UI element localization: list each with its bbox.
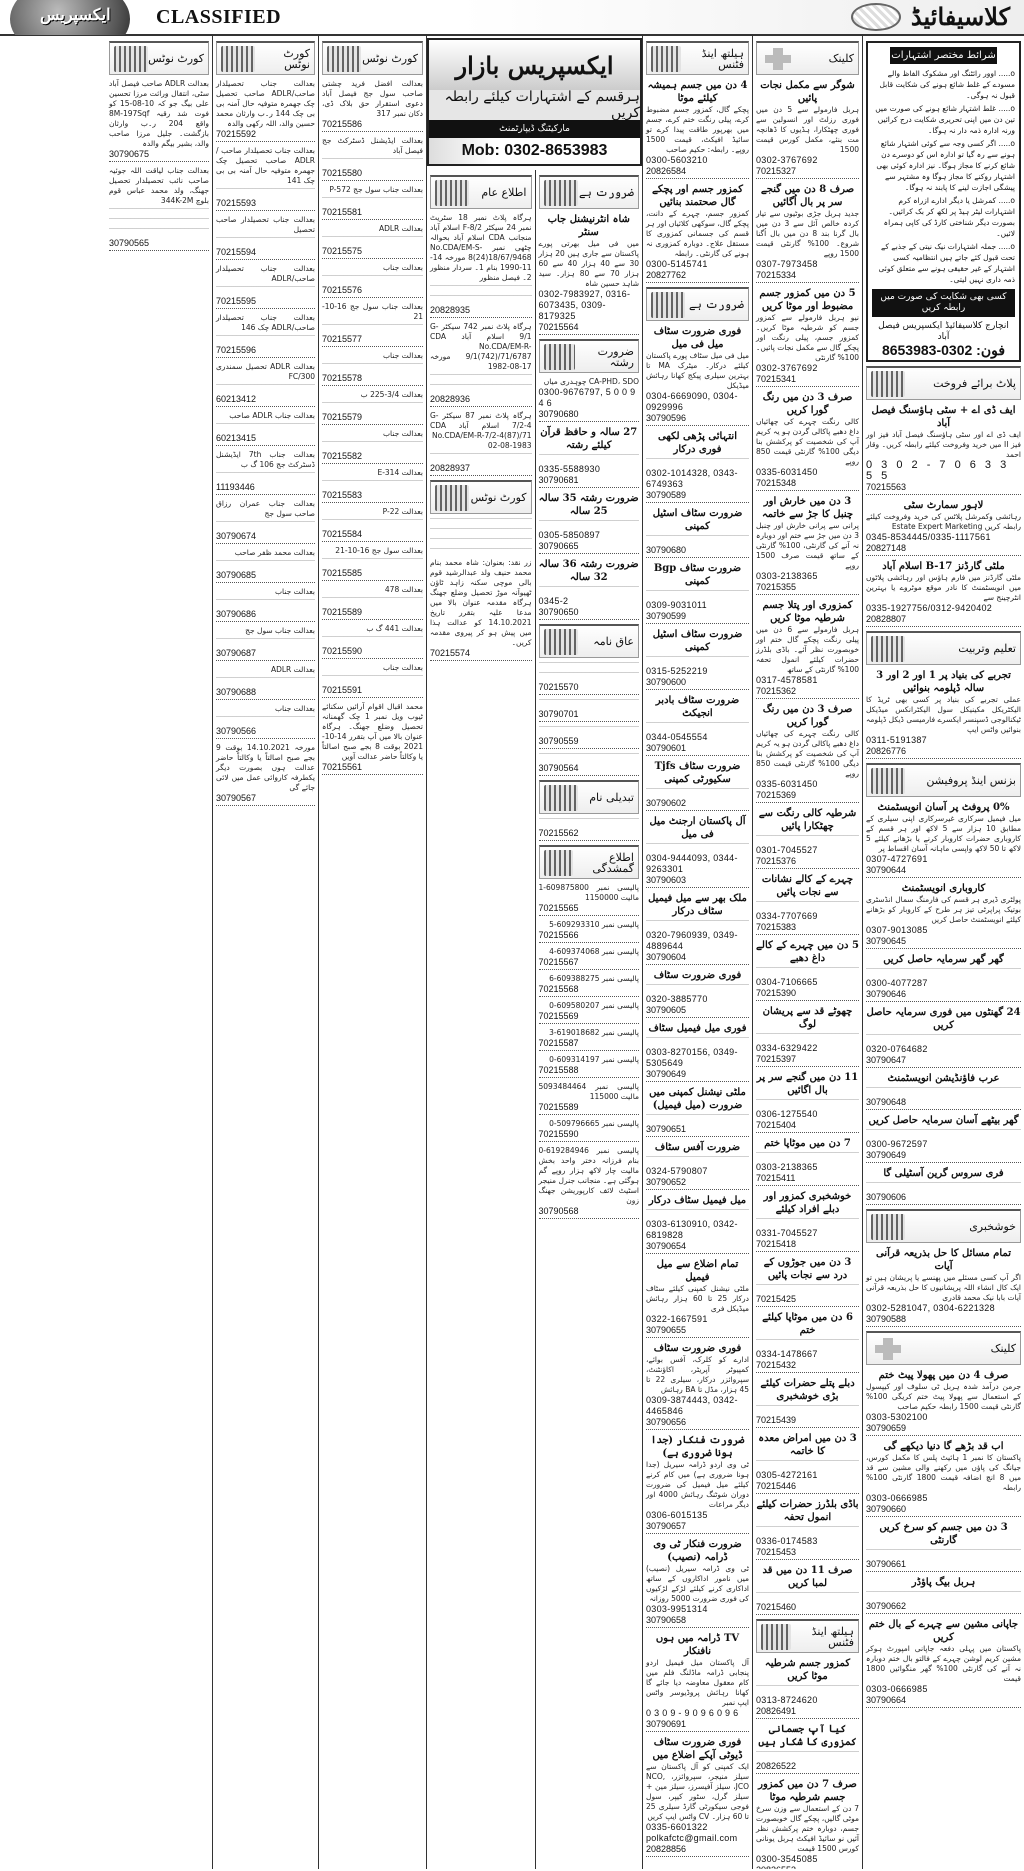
ad-ref-number: 70215565	[539, 903, 640, 916]
masthead: ایکسپریس CLASSIFIED کلاسیفائیڈ	[0, 0, 1024, 36]
section-title: کورٹ نوٹس	[255, 48, 310, 70]
ad-ref-number: 30790588	[866, 1314, 1021, 1327]
ad-body: ملٹی نیشنل کمپنی کیلئے سٹاف درکار 25 تا …	[646, 1284, 749, 1314]
section-title: اطلاع عام	[481, 187, 526, 198]
ad-headline: شوگر سے مکمل نجات پائیں	[756, 79, 859, 105]
ad-ref-number: 70215432	[756, 1360, 859, 1373]
ad-headline: 24 گھنٹوں میں فوری سرمایہ حاصل کریں	[866, 1006, 1021, 1032]
ad-phone: 0345-2	[539, 596, 640, 607]
ad-ref-number: 20826491	[756, 1706, 859, 1719]
ad-headline: فوری ضرورت سٹاف	[646, 969, 749, 982]
ad-ref-number: 30790589	[646, 490, 749, 503]
ad-ref-number: 70215589	[322, 607, 423, 620]
ad-phone: 0335-6031450	[756, 467, 859, 478]
ad-body: بعدالت ADLR	[216, 665, 315, 675]
ad-headline: لاہور سمارٹ سٹی	[866, 499, 1021, 512]
logo-text: ایکسپریس	[40, 5, 111, 24]
ad-ref-number: 30790681	[539, 475, 640, 488]
ad-ref-number: 30790652	[646, 1177, 749, 1190]
ad-body: بعدالت E-314	[322, 468, 423, 478]
ad-headline: فوری ضرورت سٹاف	[646, 1342, 749, 1355]
ad-body: ٹی وی ڈرامہ سیریل (نصیب) میں نامور اداکا…	[646, 1564, 749, 1604]
ad-ref-number: 30790559	[539, 736, 640, 749]
ad-body: بعدالت جناب تحصیلدار صاحب تحصیل	[216, 215, 315, 235]
ad-ref-number: 70215580	[322, 168, 423, 181]
ad-headline: ضرورت سٹاف بادبر انجیکٹ	[646, 694, 749, 720]
ad-ref-number: 30790646	[866, 989, 1021, 1002]
section-title: کلینک	[829, 53, 854, 64]
ad-phone: 0302-5281047, 0304-6221328	[866, 1303, 1021, 1314]
ad-headline: چہرے کے کالے نشانات سے نجات پائیں	[756, 873, 859, 899]
ad-ref-number: 70215594	[216, 247, 315, 260]
section-title: کورٹ نوٹس	[362, 53, 418, 64]
ad-headline: کمزور جسم اور پچکے گال صحتمند بنائیں	[646, 183, 749, 209]
ad-body: بعدالت ADLR	[322, 224, 423, 234]
section-header-wanted: ضرورت ہے	[646, 287, 749, 321]
ad-body: پاکستان میں پہلی دفعہ جاپانی امپورٹ ہوکر…	[866, 1644, 1021, 1684]
ad-body: بعدالت جناب تحصیلدار صاحب/ADLR چک 146	[216, 313, 315, 333]
ad-phone: 0302-7983927, 0316-6073435, 0309-8179325	[539, 289, 640, 322]
ad-ref-number: 70215446	[756, 1481, 859, 1494]
ad-ref-number: 30790604	[646, 952, 749, 965]
ad-body: میں فی میل بھرتی پورے پاکستان سے جاری ہی…	[539, 239, 640, 289]
ad-body: بعدالت 3/4-225 ب	[322, 390, 423, 400]
ad-headline: کمزور جسم شرطیہ موٹا کریں	[756, 1657, 859, 1683]
ad-headline: فری سروس گرین آسٹیلی گا	[866, 1167, 1021, 1180]
complaint-contact-bar: کسی بھی شکایت کی صورت میں رابطہ کریں	[872, 289, 1015, 317]
ad-phone: 0307-7973458	[756, 259, 859, 270]
ad-phone: 0331-7045527	[756, 1228, 859, 1239]
ad-body: بعدالت جناب عمران رزاق صاحب سول جج	[216, 499, 315, 519]
ad-ref-number: 30790648	[866, 1097, 1021, 1110]
ad-ref-number: 70215587	[539, 1038, 640, 1051]
ad-body: بعدالت جناب	[322, 263, 423, 273]
rule-item: o..... اگر کسی وجہ سے کوئی اشتہار شائع ہ…	[872, 138, 1015, 193]
section-header-court-notice: کورٹ نوٹس	[216, 41, 315, 75]
ad-ref-number: 70215411	[756, 1173, 859, 1186]
ad-headline: 5 دن میں چہرے کے کالے داغ دھبے	[756, 939, 859, 965]
ad-ref-number: 70215584	[322, 529, 423, 542]
classified-ad: صرف 4 دن میں پھولا پیٹ ختم جرمن درآمد شد…	[866, 1369, 1021, 1436]
ad-phone: 0335-6031450	[756, 779, 859, 790]
ad-ref-number: 30790649	[646, 1069, 749, 1082]
fitness-people-icon	[761, 1624, 791, 1650]
section-title: اطلاع گمشدگی	[573, 852, 634, 874]
classified-ad: عرب فاؤنڈیشن انویسٹمنٹ 30790648	[866, 1072, 1021, 1110]
ad-ref-number: 70215355	[756, 582, 859, 595]
ad-ref-number: 70215570	[539, 682, 640, 695]
rule-item: o..... کمرشل یا دیگر ادارے ازراہ کرم اشت…	[872, 195, 1015, 239]
incharge-label: انچارج کلاسیفائیڈ ایکسپریس فیصل آباد	[872, 321, 1015, 343]
ad-ref-number: 30790656	[646, 1417, 749, 1430]
ad-phone: 0324-5790807	[646, 1166, 749, 1177]
ad-body: نیو ہربل فارمولے سے کمزور جسم کو شرطیہ م…	[756, 313, 859, 363]
ad-body: ہرگاہ پلاٹ نمبر 742 سیکٹر G-9/1 اسلام آب…	[430, 322, 532, 372]
ad-phone: 0309-3874443, 0342-4465846	[646, 1395, 749, 1417]
ad-body: ہرگاہ پلاٹ نمبر 87 سیکٹر G-7/2-4 اسلام آ…	[430, 411, 532, 451]
ad-ref-number: 70215596	[216, 345, 315, 358]
ad-body: کالی رنگت چہرے کی چھائیاں داغ دھبے پاکال…	[756, 729, 859, 779]
ad-ref-number: 60213415	[216, 433, 315, 446]
section-header-court-notice: کورٹ نوٹس	[430, 480, 532, 514]
ad-phone: 0305-5850897	[539, 530, 640, 541]
section-title: کورٹ نوٹس	[148, 53, 204, 64]
ad-ref-number: 30790665	[539, 541, 640, 554]
ad-body: آل پاکستان میل فیمیل اردو پنجابی ڈرامہ م…	[646, 1658, 749, 1708]
ad-body: بعدالت جناب سول جج	[216, 626, 315, 636]
ad-ref-number: 30790649	[866, 1150, 1021, 1163]
ad-headline: ملٹی گارڈنز B-17 اسلام آباد	[866, 560, 1021, 573]
ad-ref-number: 70215425	[756, 1294, 859, 1307]
classified-ad: ایف ڈی اے + سٹی ہاؤسنگ فیصل آباد ایف ڈی …	[866, 404, 1021, 495]
ad-phone: 0300-3545085	[756, 1854, 859, 1865]
section-header-clinic: کلینک	[756, 41, 859, 75]
ad-ref-number: 30790660	[866, 1504, 1021, 1517]
ad-headline: کاروباری انویسٹمنٹ	[866, 882, 1021, 895]
ad-ref-number: 20828856	[646, 1844, 749, 1857]
ad-ref-number: 30790599	[646, 611, 749, 624]
ad-ref-number: 20826553	[756, 1865, 859, 1869]
ad-body: پالیسی نمبر 609388275-6	[539, 974, 640, 984]
column-court-notice-1: کورٹ نوٹس بعدالت ADLR صاحب فیصل آباد سٹی…	[106, 36, 212, 1869]
ad-body: CA-PHD، SDO چوہدری میاں	[539, 377, 640, 387]
ad-body: پولٹری ڈیری ہر قسم کی فارمنگ سمال انڈسٹر…	[866, 895, 1021, 925]
ad-phone: 0335-5588930	[539, 464, 640, 475]
ad-ref-number: 11193446	[216, 482, 315, 495]
section-title: تبدیلی نام	[589, 792, 634, 803]
ad-ref-number: 70215404	[756, 1120, 859, 1133]
ad-ref-number: 70215566	[539, 930, 640, 943]
ad-ref-number: 60213412	[216, 394, 315, 407]
ad-ref-number: 30790675	[109, 149, 209, 162]
ad-phone: 0305-4272161	[756, 1470, 859, 1481]
section-title: بزنس اینڈ پروفیشن	[926, 775, 1016, 786]
ad-ref-number: 30790659	[866, 1423, 1021, 1436]
ad-headline: کیا آپ جسمانی کمزوری کا شکار ہیں	[756, 1723, 859, 1749]
ad-phone: 0344-0545554	[646, 732, 749, 743]
ad-phone: 0320-7960939, 0349-4889644	[646, 930, 749, 952]
classified-ad: 3 دن میں جسم کو سرخ کریں گارنٹی 30790661	[866, 1521, 1021, 1572]
ad-phone: 0303-8270156, 0349-5305649	[646, 1047, 749, 1069]
ad-headline: 3 دن میں جسم کو سرخ کریں گارنٹی	[866, 1521, 1021, 1547]
ad-headline: ضرورت فنکار ٹی وی ڈرامہ (نصیب)	[646, 1538, 749, 1564]
ad-body: پالیسی نمبر 609293310-5	[539, 920, 640, 930]
broken-chain-icon	[544, 629, 578, 655]
rules-list: o..... اوور رائٹنگ اور مشکوک الفاظ والے …	[872, 68, 1015, 285]
section-title: ضرورت ہے	[579, 187, 634, 198]
wanted-signpost-icon	[651, 292, 685, 318]
ad-headline: صرف 4 دن میں پھولا پیٹ ختم	[866, 1369, 1021, 1382]
ad-ref-number: 30790661	[866, 1559, 1021, 1572]
ad-body: بعدالت جناب سول جج P-572	[322, 185, 423, 195]
ad-headline: ضرورت فنکار (جدا ہونا ضروری ہے)	[646, 1434, 749, 1460]
ad-headline: چھوٹے قد سے پریشان لوگ	[756, 1005, 859, 1031]
ad-ref-number: 70215590	[322, 646, 423, 659]
section-header-general-notice: اطلاع عام	[430, 175, 532, 209]
ad-ref-number: 30790645	[866, 936, 1021, 949]
section-title: خوشخبری	[969, 1221, 1016, 1232]
ad-ref-number: 70215581	[322, 207, 423, 220]
ad-body: پالیسی نمبر 609875800-1 مالیت 1150000	[539, 883, 640, 903]
wanted-signpost-icon	[544, 180, 578, 206]
column-health-wanted: ہیلتھ اینڈ فٹنس 4 دن میں جسم ہمیشہ کیلئے…	[642, 36, 752, 1869]
ad-headline: تجربے کی بنیاد پر 1 اور 2 اور 3 سالہ ڈپل…	[866, 669, 1021, 695]
bazaar-department: مارکیٹنگ ڈیپارٹمنٹ	[429, 120, 640, 138]
ad-ref-number: 70215591	[322, 685, 423, 698]
ad-phone: 0300-5145741	[646, 259, 749, 270]
ad-ref-number: 70215568	[539, 984, 640, 997]
ad-ref-number: 70215562	[539, 828, 640, 841]
ad-ref-number: 70215574	[430, 648, 532, 661]
ad-headline: گھر بیٹھے آسان سرمایہ حاصل کریں	[866, 1114, 1021, 1127]
ad-body: پاکستان کا نمبر 1 ہائیٹ پلس کا مکمل کورس…	[866, 1453, 1021, 1493]
ad-phone: 0322-1667591	[646, 1314, 749, 1325]
ad-phone: 0309-9031011	[646, 600, 749, 611]
ad-headline: تمام مسائل کا حل بذریعہ قرآنی آیات	[866, 1247, 1021, 1273]
ad-body: بعدالت جناب لیاقت اللہ جوئیہ صاحب نائب ت…	[109, 166, 209, 206]
ad-phone: 0302-1014328, 0343-6749363	[646, 468, 749, 490]
ad-body: بعدالت سول جج 16-10-21	[322, 546, 423, 556]
section-title: ضرورت رشتہ	[575, 346, 634, 368]
ad-ref-number: 70215588	[539, 1065, 640, 1078]
ad-headline: 6 دن میں موٹاپا کیلئے ختم	[756, 1311, 859, 1337]
ad-headline: ضرورت رشتہ 35 سالہ 25 سالہ	[539, 492, 640, 518]
ad-headline: ضرورت آفس سٹاف	[646, 1141, 749, 1154]
section-header-court-notice: کورٹ نوٹس	[322, 41, 423, 75]
ad-body: پرانی سے پرانی خارش اور چنبل 3 دن میں جڑ…	[756, 521, 859, 571]
ad-phone: 0320-3885770	[646, 994, 749, 1005]
section-header-health-fitness: ہیلتھ اینڈ فٹنس	[756, 1619, 859, 1653]
ad-ref-number: 70215589	[539, 1102, 640, 1115]
ad-ref-number: 70215390	[756, 988, 859, 1001]
ad-phone: 0304-7106665	[756, 977, 859, 988]
ad-headline: خوشخبری کمزور اور دبلے افراد کیلئے	[756, 1190, 859, 1216]
speaking-head-icon	[435, 180, 469, 206]
ad-body: بعدالت جناب	[216, 587, 315, 597]
ad-headline: اب قد بڑھے گا دنیا دیکھے گی	[866, 1440, 1021, 1453]
ad-ref-number: 20827762	[646, 270, 749, 283]
ad-body: رہائشی وکمرشل پلاٹس کی خرید وفروخت کیلئے…	[866, 512, 1021, 532]
ad-ref-number: 30790658	[646, 1615, 749, 1628]
ad-ref-number: 70215569	[539, 1011, 640, 1024]
ad-ref-number: 70215341	[756, 374, 859, 387]
center-subcolumns: ضرورت ہے شاہ انٹرنیشنل جاب سنٹرمیں فی می…	[427, 170, 642, 1869]
ad-headline: 5 دن میں کمزور جسم مضبوط اور موٹا کریں	[756, 287, 859, 313]
ad-headline: ملک بھر سے میل فیمیل سٹاف درکار	[646, 892, 749, 918]
classified-ad: تمام مسائل کا حل بذریعہ قرآنی آیات اگر آ…	[866, 1247, 1021, 1327]
ad-ref-number: 30790654	[646, 1241, 749, 1254]
ad-phone: 0300-4077287	[866, 978, 1021, 989]
ad-ref-number: 70215585	[322, 568, 423, 581]
section-header-good-news: خوشخبری	[866, 1209, 1021, 1243]
ad-headline: ضرورت رشتہ 36 سالہ 32 سالہ	[539, 558, 640, 584]
classified-ad: تجربے کی بنیاد پر 1 اور 2 اور 3 سالہ ڈپل…	[866, 669, 1021, 759]
ad-body: ایف ڈی اے اور سٹی ہاؤسنگ فیصل آباد فیز ا…	[866, 430, 1021, 460]
classified-ad: لاہور سمارٹ سٹی رہائشی وکمرشل پلاٹس کی خ…	[866, 499, 1021, 556]
ad-phone: 0300-9672597	[866, 1139, 1021, 1150]
ad-body: بعدالت P-22	[322, 507, 423, 517]
ad-ref-number: 30790688	[216, 687, 315, 700]
column-rules-plots: شرائط مختصر اشتہارات o..... اوور رائٹنگ …	[862, 36, 1024, 1869]
ad-headline: ہربل بیگ پاؤڈر	[866, 1576, 1021, 1589]
ad-ref-number: 20828935	[430, 305, 532, 318]
section-header-aaq-nama: عاق نامہ	[539, 624, 640, 658]
ad-body: بعدالت افضل فرید چشتی صاحب سول جج فیصل آ…	[322, 79, 423, 119]
ad-headline: ایف ڈی اے + سٹی ہاؤسنگ فیصل آباد	[866, 404, 1021, 430]
ad-phone: 0 3 0 9 - 9 0 9 6 0 9 6	[646, 1708, 749, 1719]
ad-phone: 0303-2138365	[756, 571, 859, 582]
ad-phone: 0335-1927756/0312-9420402	[866, 603, 1021, 614]
ad-headline: کمزوری اور پتلا جسم شرطیہ موٹا کریں	[756, 599, 859, 625]
ad-body: ملٹی گارڈنز میں فارم ہاؤس اور رہائشی پلا…	[866, 573, 1021, 603]
ad-headline: جاپانی مشین سے چہرے کے بال ختم کریں	[866, 1618, 1021, 1644]
ad-body: بعدالت ایڈیشنل ڈسٹرکٹ جج فیصل آباد	[322, 136, 423, 156]
column-court-notice-3: کورٹ نوٹس بعدالت افضل فرید چشتی صاحب سول…	[318, 36, 426, 1869]
ad-phone: 0307-4727691	[866, 854, 1021, 865]
megaphone-icon	[544, 850, 574, 876]
ad-headline: ملٹی نیشنل کمپنی میں ضرورت (میل فیمیل)	[646, 1086, 749, 1112]
ad-headline: ضرورت سٹاف Bgp کمپنی	[646, 562, 749, 588]
ad-body: بعدالت جناب تحصیلدار صاحب/ADLR	[216, 264, 315, 284]
ad-ref-number: 20828936	[430, 394, 532, 407]
classified-ad: جاپانی مشین سے چہرے کے بال ختم کریں پاکس…	[866, 1618, 1021, 1708]
ad-ref-number: 70215561	[322, 762, 423, 775]
ad-ref-number: 30790687	[216, 648, 315, 661]
ad-headline: صرف 3 دن میں رنگ گورا کریں	[756, 703, 859, 729]
rules-title: شرائط مختصر اشتہارات	[890, 47, 997, 64]
ad-ref-number: 70215595	[216, 296, 315, 309]
ad-headline: فوری میل فیمیل سٹاف	[646, 1022, 749, 1035]
ad-body: پچکے گال، کمزور جسم مضبوط کرے، پیلی رنگت…	[646, 105, 749, 155]
ad-ref-number: 30790655	[646, 1325, 749, 1338]
ad-phone: 0304-9444093, 0344-9263301	[646, 853, 749, 875]
ad-ref-number: 70215397	[756, 1054, 859, 1067]
section-header-plots: پلاٹ برائے فروخت	[866, 366, 1021, 400]
ad-ref-number: 30790662	[866, 1601, 1021, 1614]
ad-ref-number: 30790564	[539, 763, 640, 776]
ad-body: اگر آپ کسی مسئلے میں پھنسے یا پریشان ہیں…	[866, 1273, 1021, 1303]
section-title: کورٹ نوٹس	[471, 492, 527, 503]
ad-ref-number: 70215369	[756, 790, 859, 803]
classified-columns: شرائط مختصر اشتہارات o..... اوور رائٹنگ …	[0, 36, 1024, 1869]
ad-headline: باڈی بلڈرز حضرات کیلئے انمول تحفہ	[756, 1498, 859, 1524]
ad-body: بعدالت 441 گ ب	[322, 624, 423, 634]
ad-phone: 0302-3767692	[756, 363, 859, 374]
column-court-notice-2: کورٹ نوٹس بعدالت جناب تحصیلدار صاحب/ADLR…	[212, 36, 318, 1869]
ad-body: محمد اقبال اقوام آرائیں سکنائے ٹیوب ویل …	[322, 702, 423, 762]
classified-ad: کاروباری انویسٹمنٹ پولٹری ڈیری ہر قسم کی…	[866, 882, 1021, 949]
ad-body: بعدالت جناب تحصیلدار صاحب / ADLR صاحب تح…	[216, 146, 315, 186]
title-english: CLASSIFIED	[156, 6, 281, 29]
ad-headline: 11 دن میں گنجے سر پر بال اگائیں	[756, 1071, 859, 1097]
ad-email: polkafctc@gmail.com	[646, 1833, 749, 1844]
ad-headline: 3 دن میں امراض معدہ کا خاتمہ	[756, 1432, 859, 1458]
ad-headline: صرف 3 دن میں رنگ گورا کریں	[756, 391, 859, 417]
pen-icon	[544, 785, 578, 811]
ad-ref-number: 30790600	[646, 677, 749, 690]
ad-ref-number: 30790686	[216, 609, 315, 622]
ad-ref-number: 30790685	[216, 570, 315, 583]
ad-phone: 0 3 0 2 - 7 0 6 3 3 5 5	[866, 460, 1021, 482]
section-header-clinic: کلینک	[866, 1331, 1021, 1365]
ad-ref-number: 70215582	[322, 451, 423, 464]
ad-headline: ضرورت سٹاف اسٹیل کمپنی	[646, 507, 749, 533]
ad-body: بعدالت جناب	[322, 663, 423, 673]
ad-phone: 0300-9676797, 5 0 0 9 4 6	[539, 387, 640, 409]
ad-ref-number: 30790596	[646, 413, 749, 426]
ad-headline: گھر گھر سرمایہ حاصل کریں	[866, 953, 1021, 966]
section-title: عاق نامہ	[593, 636, 634, 647]
ad-body: پالیسی نمبر 609374068-4	[539, 947, 640, 957]
ad-phone: 0336-0174583	[756, 1536, 859, 1547]
ad-phone: 0335-6601322	[646, 1822, 749, 1833]
section-title: ہیلتھ اینڈ فٹنس	[681, 48, 744, 70]
ad-headline: 27 سالہ و حافظ قرآن کیلئے رشتہ	[539, 426, 640, 452]
ad-ref-number: 30790691	[646, 1719, 749, 1732]
ad-phone: 0320-0764682	[866, 1044, 1021, 1055]
section-title: تعلیم وتربیت	[958, 643, 1016, 654]
ad-phone: 0334-6329422	[756, 1043, 859, 1054]
ad-ref-number: 30790651	[646, 1124, 749, 1137]
ad-phone: 0304-6669090, 0304-0929996	[646, 391, 749, 413]
ad-phone: 0307-9013085	[866, 925, 1021, 936]
ad-body: میل فیمیل سرکاری غیرسرکاری اپنی سیلری کے…	[866, 814, 1021, 854]
ad-phone: 0303-6130910, 0342-6819828	[646, 1219, 749, 1241]
ad-body: مورخہ 14.10.2021 بوقت 9 بجے صبح اصالتاً …	[216, 743, 315, 793]
classified-ad: گھر بیٹھے آسان سرمایہ حاصل کریں 0300-967…	[866, 1114, 1021, 1163]
ad-ref-number: 30790603	[646, 875, 749, 888]
ad-ref-number: 70215453	[756, 1547, 859, 1560]
ad-phone: 0303-9951314	[646, 1604, 749, 1615]
express-logo: ایکسپریس	[0, 0, 150, 35]
graduation-icon	[871, 636, 905, 662]
ad-ref-number: 30790602	[646, 798, 749, 811]
section-title: ضرورت ہے	[689, 299, 744, 310]
ad-ref-number: 70215579	[322, 412, 423, 425]
ad-headline: فوری ضرورت سٹاف میل فی میل	[646, 325, 749, 351]
ad-phone: 0303-5302100	[866, 1412, 1021, 1423]
ad-headline: 0% پروفٹ پر آسان انویسٹمنٹ	[866, 801, 1021, 814]
ad-body: بعدالت ADLR تحصیل سمندری 300/FC	[216, 362, 315, 382]
ad-phone: 0317-4578581	[756, 675, 859, 686]
ad-body: بعدالت 478	[322, 585, 423, 595]
ad-ref-number: 30790701	[539, 709, 640, 722]
ad-ref-number: 30790657	[646, 1521, 749, 1534]
ad-ref-number: 70215439	[756, 1415, 859, 1428]
ad-ref-number: 70215586	[322, 119, 423, 132]
ad-body: بعدالت جناب	[322, 429, 423, 439]
ad-headline: میل فیمیل سٹاف درکار	[646, 1194, 749, 1207]
bazaar-title: ایکسپریس بازار	[429, 40, 640, 90]
ad-ref-number: 30790650	[539, 607, 640, 620]
ad-headline: عرب فاؤنڈیشن انویسٹمنٹ	[866, 1072, 1021, 1085]
ad-phone: 0300-5603210	[646, 155, 749, 166]
ad-ref-number: 30790565	[109, 238, 209, 251]
medical-cross-stethoscope-icon	[761, 46, 795, 72]
ad-phone: 0311-5191387	[866, 735, 1021, 746]
ad-body: بعدالت جناب 7th ایڈیشنل ڈسٹرکٹ جج 106 گ …	[216, 450, 315, 470]
ad-body: پالیسی نمبر 609314197-0	[539, 1055, 640, 1065]
courthouse-icon	[435, 485, 469, 511]
ad-body: بعدالت جناب	[322, 351, 423, 361]
ad-phone: 0306-6015135	[646, 1510, 749, 1521]
section-header-wanted: ضرورت ہے	[539, 175, 640, 209]
ad-headline: شرطیہ کالی رنگت سے چھٹکارا پائیں	[756, 807, 859, 833]
title-urdu-group: کلاسیفائیڈ	[851, 2, 1010, 31]
classified-ad: ہربل بیگ پاؤڈر 30790662	[866, 1576, 1021, 1614]
section-header-lost-info: اطلاع گمشدگی	[539, 845, 640, 879]
fitness-people-icon	[651, 46, 681, 72]
